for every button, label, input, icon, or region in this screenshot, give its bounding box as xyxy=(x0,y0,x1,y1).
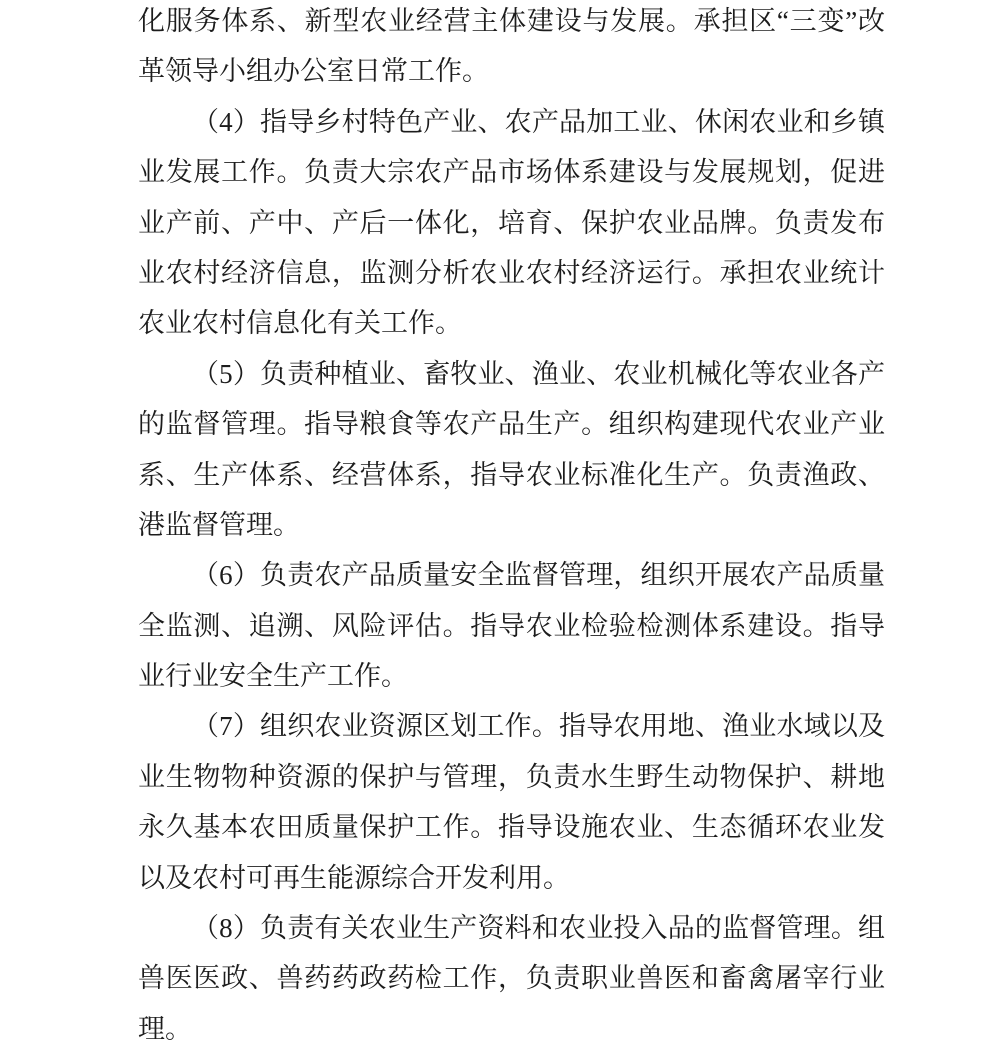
text-line: 理。 xyxy=(138,1004,885,1052)
text-line: 港监督管理。 xyxy=(138,500,885,550)
text-line: （5）负责种植业、畜牧业、渔业、农业机械化等农业各产业 xyxy=(138,349,885,399)
text-line: 农业农村信息化有关工作。 xyxy=(138,298,885,348)
text-line: 业生物物种资源的保护与管理，负责水生野生动物保护、耕地及 xyxy=(138,752,885,802)
text-line: 业农村经济信息，监测分析农业农村经济运行。承担农业统计和 xyxy=(138,248,885,298)
text-line: 业发展工作。负责大宗农产品市场体系建设与发展规划，促进农 xyxy=(138,147,885,197)
document-body: 化服务体系、新型农业经营主体建设与发展。承担区“三变”改革领导小组办公室日常工作… xyxy=(138,0,885,1052)
text-line: （7）组织农业资源区划工作。指导农用地、渔业水域以及农 xyxy=(138,701,885,751)
text-line: （6）负责农产品质量安全监督管理，组织开展农产品质量安 xyxy=(138,550,885,600)
text-line: 革领导小组办公室日常工作。 xyxy=(138,46,885,96)
text-line: 以及农村可再生能源综合开发利用。 xyxy=(138,853,885,903)
text-line: （8）负责有关农业生产资料和农业投入品的监督管理。组织 xyxy=(138,903,885,953)
text-line: 全监测、追溯、风险评估。指导农业检验检测体系建设。指导农 xyxy=(138,601,885,651)
text-line: 业产前、产中、产后一体化，培育、保护农业品牌。负责发布农 xyxy=(138,198,885,248)
text-line: （4）指导乡村特色产业、农产品加工业、休闲农业和乡镇企 xyxy=(138,97,885,147)
text-line: 业行业安全生产工作。 xyxy=(138,651,885,701)
text-line: 化服务体系、新型农业经营主体建设与发展。承担区“三变”改 xyxy=(138,0,885,46)
text-line: 兽医医政、兽药药政药检工作，负责职业兽医和畜禽屠宰行业管 xyxy=(138,953,885,1003)
document-page: 化服务体系、新型农业经营主体建设与发展。承担区“三变”改革领导小组办公室日常工作… xyxy=(0,0,1000,1052)
text-line: 系、生产体系、经营体系，指导农业标准化生产。负责渔政、渔 xyxy=(138,450,885,500)
text-line: 永久基本农田质量保护工作。指导设施农业、生态循环农业发展 xyxy=(138,802,885,852)
text-line: 的监督管理。指导粮食等农产品生产。组织构建现代农业产业体 xyxy=(138,399,885,449)
